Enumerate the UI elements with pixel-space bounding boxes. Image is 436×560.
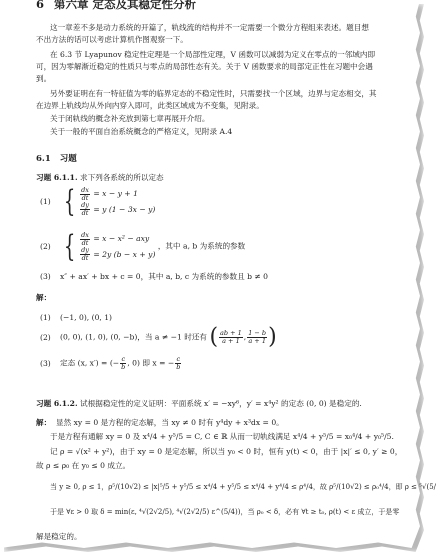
item-tag: (1) xyxy=(40,196,60,208)
intro-line: 这一章差不多是动力系统的开篇了，轨线流的结构并不一定需要一个微分方程组来表述。题… xyxy=(36,22,420,34)
exercise-label: 习题 6.1.1. xyxy=(36,173,78,182)
section-heading: 6.1 习题 xyxy=(36,153,406,165)
chapter-number: 6 xyxy=(36,0,44,11)
exercise-prompt: 求下列各系统的所以定态 xyxy=(80,173,164,182)
proof-line: 于是 ∀ε > 0 取 δ = min(ε, ⁴√(2√2/5), ⁴√(2√2… xyxy=(36,506,420,518)
section-number: 6.1 xyxy=(36,154,51,164)
proof-line: 当 y ≥ 0, ρ ≤ 1，ρ⁵/(10√2) ≤ |x|⁵/5 + y⁵/5… xyxy=(36,481,420,493)
equation-rhs: = x − x² − axy xyxy=(93,234,149,243)
intro-line: 不出方法的话可以考虑计算机作图观察一下。 xyxy=(36,34,406,46)
chapter-title: 6第六章 定态及其稳定性分析 xyxy=(36,0,196,10)
answer-text: , 0) 即 x = − xyxy=(127,359,174,368)
intro-line: 在 6.3 节 Lyapunov 稳定性定理是一个局部性定理，V 函数可以减弱为… xyxy=(36,49,420,61)
item-note: ，其中 a, b 为系统的参数 xyxy=(158,242,245,251)
frac-den: dt xyxy=(80,210,90,217)
equation-rhs: = y (1 − 3x − y) xyxy=(93,205,155,214)
exercise-1-item-2: (2){ dxdt = x − x² − axy dydt = 2y (b − … xyxy=(40,231,410,262)
exercise-1-heading: 习题 6.1.1. 求下列各系统的所以定态 xyxy=(36,172,406,184)
item-text: x″ + ax′ + bx + c = 0，其中 a, b, c 为系统的参数且… xyxy=(60,272,268,281)
answer-text: 定态 (x, x′) = (− xyxy=(60,359,119,368)
equation-system: dxdt = x − y + 1 dydt = y (1 − 3x − y) xyxy=(79,186,155,217)
intro-line: 可，因为零解渐近稳定的性质只与零点的局部性态有关。关于 V 函数要求的局部定正性… xyxy=(36,61,406,73)
answer-3: (3)定态 (x, x′) = (−cb, 0) 即 x = −cb xyxy=(40,356,410,371)
right-paren: ) xyxy=(268,325,277,350)
equation-rhs: = x − y + 1 xyxy=(93,189,138,198)
intro-line: 关于一般的平面自治系统概念的严格定义，见附录 A.4 xyxy=(36,126,420,138)
chapter-title-text: 第六章 定态及其稳定性分析 xyxy=(54,0,196,11)
frac-den: b xyxy=(175,364,181,371)
section-title: 习题 xyxy=(60,154,77,164)
intro-line: 关于闭轨线的概念补充放到第七章再展开介绍。 xyxy=(36,113,420,125)
answer-1: (1)(−1, 0), (0, 1) xyxy=(40,312,410,324)
item-tag: (2) xyxy=(40,241,60,253)
exercise-1-item-1: (1){ dxdt = x − y + 1 dydt = y (1 − 3x −… xyxy=(40,186,410,217)
exercise-prompt: 试根据稳定性的定义证明：平面系统 x′ = −xy⁶，y′ = x⁴y² 的定态… xyxy=(80,399,362,408)
equation-system: dxdt = x − x² − axy dydt = 2y (b − x + y… xyxy=(79,231,155,262)
frac-den: a + 1 xyxy=(247,338,267,345)
item-tag: (3) xyxy=(40,271,60,283)
frac-den: b xyxy=(120,364,126,371)
frac-den: dt xyxy=(80,255,90,262)
exercise-1-item-3: (3)x″ + ax′ + bx + c = 0，其中 a, b, c 为系统的… xyxy=(40,271,410,283)
proof-line: 故 ρ ≤ ρ₀ 在 y₀ ≤ 0 成立。 xyxy=(36,460,406,472)
frac-den: a + 1 xyxy=(219,338,243,345)
exercise-label: 习题 6.1.2. xyxy=(36,399,78,408)
intro-line: 到。 xyxy=(36,73,406,85)
proof-line: 于是方程有通解 xy = 0 及 x⁴/4 + y⁵/5 = C, C ∈ ℝ … xyxy=(36,431,420,443)
answer-text: (0, 0), (1, 0), (0, −b)，当 a ≠ −1 时还有 xyxy=(60,333,207,342)
proof-text: 显然 xy = 0 是方程的定态解，当 xy ≠ 0 时有 y⁴dy + x³d… xyxy=(56,418,284,427)
answer-tag: (2) xyxy=(40,332,60,344)
intro-line: 在边界上轨线均从外向内穿入即可，此类区域成为不变集，见附录。 xyxy=(36,100,406,112)
answer-tag: (3) xyxy=(40,358,60,370)
equation-rhs: = 2y (b − x + y) xyxy=(93,250,155,259)
left-brace: { xyxy=(64,234,75,260)
solution-label: 解： xyxy=(36,292,406,304)
left-brace: { xyxy=(64,189,75,215)
proof-line: 解是稳定的。 xyxy=(36,531,406,543)
solution-label: 解： xyxy=(36,418,51,427)
answer-tag: (1) xyxy=(40,312,60,324)
exercise-2-heading: 习题 6.1.2. 试根据稳定性的定义证明：平面系统 x′ = −xy⁶，y′ … xyxy=(36,398,406,410)
intro-line: 另外要证明在有一特征值为零的临界定态的不稳定性时，只需要找一个区域，边界与定态相… xyxy=(36,88,420,100)
left-paren: ( xyxy=(209,325,218,350)
proof-line: 解： 显然 xy = 0 是方程的定态解，当 xy ≠ 0 时有 y⁴dy + … xyxy=(36,417,406,429)
proof-line: 记 ρ = √(x² + y²)，由于 xy = 0 是定态解，所以当 y₀ <… xyxy=(36,446,420,458)
answer-text: (−1, 0), (0, 1) xyxy=(60,313,112,322)
answer-2: (2)(0, 0), (1, 0), (0, −b)，当 a ≠ −1 时还有 … xyxy=(40,330,410,345)
